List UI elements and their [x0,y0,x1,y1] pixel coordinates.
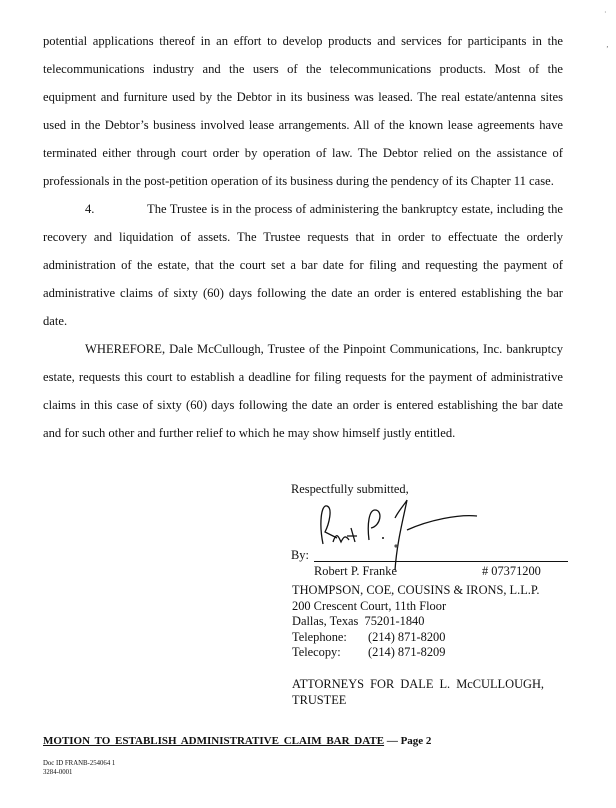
signature-line-row: By: [291,548,581,564]
text-line: estate, requests this court to establish… [43,363,563,391]
text-segment: The Trustee is in the process of adminis… [147,195,563,223]
firm-block: THOMPSON, COE, COUSINS & IRONS, L.L.P. 2… [292,583,582,708]
signature-line [314,561,568,562]
text-line: professionals in the post-petition opera… [43,167,563,195]
footer-doc-id-block: Doc ID FRANB-254064 1 3284-0001 [43,759,115,777]
matter-number: 3284-0001 [43,768,115,777]
attorneys-for-line1: ATTORNEYS FOR DALE L. McCULLOUGH, [292,677,582,693]
paragraph-4: 4.The Trustee is in the process of admin… [43,195,563,335]
text-line: and for such other and further relief to… [43,419,563,447]
text-line: WHEREFORE, Dale McCullough, Trustee of t… [43,335,563,363]
telephone-row: Telephone:(214) 871-8200 [292,630,582,646]
telecopy-label: Telecopy: [292,645,368,661]
footer-document-title: MOTION TO ESTABLISH ADMINISTRATIVE CLAIM… [43,735,431,747]
text-line: 4.The Trustee is in the process of admin… [43,195,563,223]
bar-number: # 07371200 [482,564,541,579]
firm-name: THOMPSON, COE, COUSINS & IRONS, L.L.P. [292,583,582,599]
scan-mark: ‚ [606,40,609,49]
text-line: administration of the estate, that the c… [43,251,563,279]
paragraph-number: 4. [85,195,147,223]
footer-title-text: MOTION TO ESTABLISH ADMINISTRATIVE CLAIM… [43,735,384,747]
telecopy-number: (214) 871-8209 [368,645,445,659]
signature-block: Respectfully submitted, By: Robert P. Fr… [291,482,581,580]
document-page: · ‚ potential applications thereof in an… [0,0,616,808]
signer-row: Robert P. Franke # 07371200 [291,564,581,580]
telephone-label: Telephone: [292,630,368,646]
telecopy-row: Telecopy:(214) 871-8209 [292,645,582,661]
text-line: claims in this case of sixty (60) days f… [43,391,563,419]
text-line: equipment and furniture used by the Debt… [43,83,563,111]
by-label: By: [291,548,309,562]
telephone-number: (214) 871-8200 [368,630,445,644]
firm-address-line2: Dallas, Texas 75201-1840 [292,614,582,630]
text-line: recovery and liquidation of assets. The … [43,223,563,251]
text-line: administrative claims of sixty (60) days… [43,279,563,307]
text-line: terminated either through court order by… [43,139,563,167]
text-line: potential applications thereof in an eff… [43,27,563,55]
text-line: telecommunications industry and the user… [43,55,563,83]
text-line: date. [43,307,563,335]
text-segment: WHEREFORE, Dale McCullough, Trustee of t… [85,335,563,363]
paragraph-wherefore: WHEREFORE, Dale McCullough, Trustee of t… [43,335,563,447]
scan-mark: · [604,8,607,17]
text-line: used in the Debtor’s business involved l… [43,111,563,139]
footer-page-number: — Page 2 [384,735,431,747]
signer-name: Robert P. Franke [314,564,397,578]
attorneys-for-line2: TRUSTEE [292,693,582,709]
doc-id: Doc ID FRANB-254064 1 [43,759,115,768]
firm-address-line1: 200 Crescent Court, 11th Floor [292,599,582,615]
paragraph-continuation: potential applications thereof in an eff… [43,27,563,195]
